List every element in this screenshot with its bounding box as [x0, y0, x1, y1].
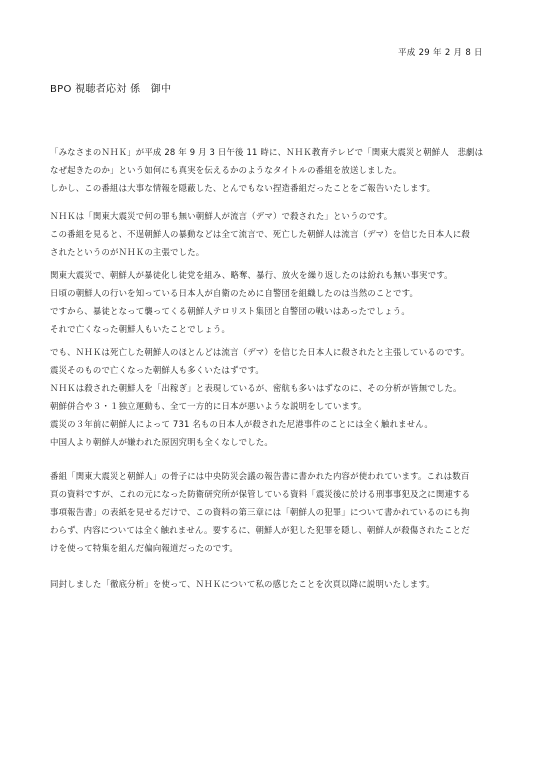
text-line: ですから、暴徒となって襲ってくる朝鮮人テロリスト集団と自警団の戦いはあったでしょ… [50, 302, 520, 320]
text-line: 番組「関東大震災と朝鮮人」の骨子には中央防災会議の報告書に書かれた内容が使われて… [50, 467, 520, 485]
text-line: しかし、この番組は大事な情報を隠蔽した、とんでもない捏造番組だったことをご報告い… [50, 179, 520, 197]
text-line: 震災の３年前に朝鮮人によって 731 名もの日本人が殺された尼港事件のことには全… [50, 415, 520, 433]
text-line: それで亡くなった朝鮮人もいたことでしょう。 [50, 320, 520, 338]
text-line: けを使って特集を組んだ偏向報道だったのです。 [50, 539, 520, 557]
text-line: 「みなさまのＮＨＫ」が平成 28 年 9 月 3 日午後 11 時に、ＮＨＫ教育… [50, 143, 520, 161]
text-line: なぜ起きたのか」という如何にも真実を伝えるかのようなタイトルの番組を放送しました… [50, 161, 520, 179]
text-line: 同封しました「徹底分析」を使って、ＮＨＫについて私の感じたことを次頁以降に説明い… [50, 575, 520, 593]
text-line: ＮＨＫは殺された朝鮮人を「出稼ぎ」と表現しているが、密航も多いはずなのに、その分… [50, 379, 520, 397]
paragraph-criticism: でも、ＮＨＫは死亡した朝鮮人のほとんどは流言（デマ）を信じた日本人に殺されたと主… [50, 343, 520, 451]
text-line: 中国人より朝鮮人が嫌われた原因究明も全くなしでした。 [50, 433, 520, 451]
text-line: されたというのがＮＨＫの主張でした。 [50, 243, 520, 261]
text-line: 関東大震災で、朝鮮人が暴徒化し徒党を組み、略奪、暴行、放火を繰り返したのは紛れも… [50, 266, 520, 284]
paragraph-earthquake-events: 関東大震災で、朝鮮人が暴徒化し徒党を組み、略奪、暴行、放火を繰り返したのは紛れも… [50, 266, 520, 338]
document-date: 平成 29 年 2 月 8 日 [398, 46, 483, 58]
recipient-line: BPO 視聴者応対 係 御中 [50, 80, 171, 95]
paragraph-broadcast-intro: 「みなさまのＮＨＫ」が平成 28 年 9 月 3 日午後 11 時に、ＮＨＫ教育… [50, 143, 520, 197]
paragraph-nhk-claim: ＮＨＫは「関東大震災で何の罪も無い朝鮮人が流言（デマ）で殺された」というのです。… [50, 207, 520, 261]
text-line: 事項報告書」の表紙を見せるだけで、この資料の第三章には「朝鮮人の犯罪」について書… [50, 503, 520, 521]
text-line: 朝鮮併合や３・１独立運動も、全て一方的に日本が悪いような説明をしています。 [50, 397, 520, 415]
text-line: この番組を見ると、不逞朝鮮人の暴動などは全て流言で、死亡した朝鮮人は流言（デマ）… [50, 225, 520, 243]
text-line: ＮＨＫは「関東大震災で何の罪も無い朝鮮人が流言（デマ）で殺された」というのです。 [50, 207, 520, 225]
text-line: 震災そのもので亡くなった朝鮮人も多くいたはずです。 [50, 361, 520, 379]
paragraph-source-report: 番組「関東大震災と朝鮮人」の骨子には中央防災会議の報告書に書かれた内容が使われて… [50, 467, 520, 557]
text-line: 頁の資料ですが、これの元になった防衛研究所が保管している資料「震災後に於ける刑事… [50, 485, 520, 503]
text-line: わらず、内容については全く触れません。要するに、朝鮮人が犯した犯罪を隠し、朝鮮人… [50, 521, 520, 539]
text-line: 日頃の朝鮮人の行いを知っている日本人が自衛のために自警団を組織したのは当然のこと… [50, 284, 520, 302]
text-line: でも、ＮＨＫは死亡した朝鮮人のほとんどは流言（デマ）を信じた日本人に殺されたと主… [50, 343, 520, 361]
paragraph-closing: 同封しました「徹底分析」を使って、ＮＨＫについて私の感じたことを次頁以降に説明い… [50, 575, 520, 593]
